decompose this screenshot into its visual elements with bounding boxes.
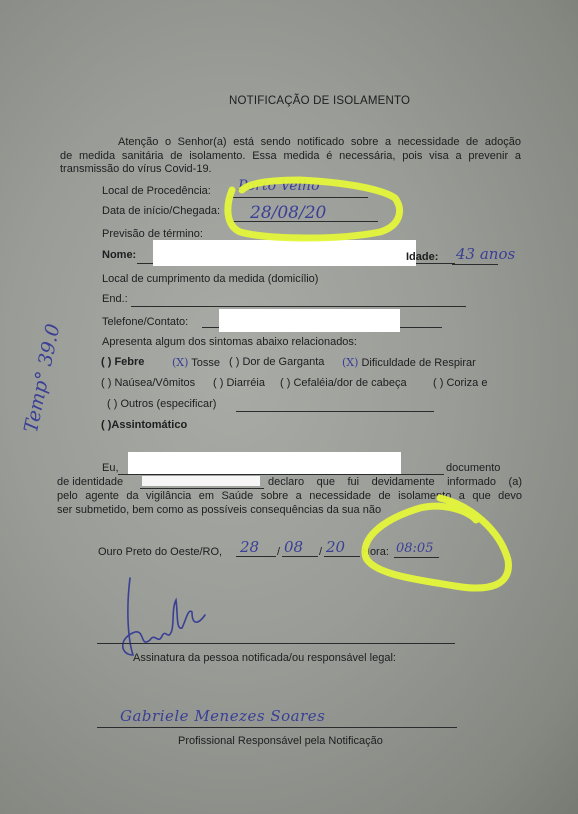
checkbox-coriza[interactable]: ( ) (433, 377, 443, 389)
row2-suffix: e (481, 377, 487, 389)
margin-temperature-note: Temp° 39.0 (20, 322, 64, 435)
label-diarreia: Diarréia (226, 377, 265, 389)
symptom-diarreia[interactable]: ( ) Diarréia (213, 377, 265, 390)
label-nausea: Naúsea/Vômitos (114, 377, 195, 389)
checkbox-febre[interactable]: ( ) (101, 356, 111, 368)
declaration-documento: documento (446, 462, 500, 475)
symptom-dificuldade-respirar[interactable]: (X) Dificuldade de Respirar (342, 356, 476, 370)
notified-signature-label: Assinatura da pessoa notificada/ou respo… (133, 652, 396, 665)
intro-line-2: de medida sanitária de isolamento. Essa … (60, 150, 521, 163)
label-febre: Febre (114, 356, 144, 368)
declaration-line2-end: declaro que fui devidamente informado (a… (268, 476, 522, 489)
symptoms-prompt: Apresenta algum dos sintomas abaixo rela… (102, 336, 357, 349)
nome-label: Nome: (102, 249, 136, 262)
label-dor-garganta: Dor de Garganta (242, 356, 324, 368)
professional-label: Profissional Responsável pela Notificaçã… (178, 735, 383, 748)
label-assintomatico: Assintomático (111, 419, 187, 431)
symptom-tosse[interactable]: (X) Tosse (172, 356, 220, 370)
checkbox-dor-garganta[interactable]: ( ) (229, 356, 239, 368)
place-label: Ouro Preto do Oeste/RO, (98, 546, 222, 559)
data-inicio-value[interactable]: 28/08/20 (250, 203, 326, 223)
date-day[interactable]: 28 (240, 538, 259, 556)
date-month[interactable]: 08 (284, 538, 303, 556)
local-procedencia-label: Local de Procedência: (102, 185, 211, 198)
idade-label: Idade: (406, 251, 438, 264)
symptom-nausea[interactable]: ( ) Naúsea/Vômitos (101, 377, 195, 390)
checkbox-outros[interactable]: ( ) (107, 398, 117, 410)
nome-redaction (153, 240, 416, 266)
symptom-dor-garganta[interactable]: ( ) Dor de Garganta (229, 356, 324, 369)
symptom-cefaleia[interactable]: ( ) Cefaléia/dor de cabeça (280, 377, 407, 390)
declaration-line2-start: de identidade (57, 476, 123, 489)
declarant-name-redaction (128, 452, 401, 474)
checkbox-nausea[interactable]: ( ) (101, 377, 111, 389)
declaration-eu: Eu, (102, 462, 119, 475)
intro-line-1: Atenção o Senhor(a) está sendo notificad… (118, 136, 521, 149)
hora-value[interactable]: 08:05 (396, 541, 433, 556)
date-sep-1: / (277, 546, 280, 559)
label-coriza: Coriza (446, 377, 478, 389)
professional-signature: Gabriele Menezes Soares (120, 707, 325, 725)
idade-value[interactable]: 43 anos (456, 245, 515, 263)
local-procedencia-value[interactable]: Porto Velho (238, 178, 320, 194)
symptom-febre[interactable]: ( ) Febre (101, 356, 144, 369)
idade-label-text: Idade: (406, 251, 438, 263)
notified-signature-drawing (0, 0, 578, 814)
local-cumprimento-label: Local de cumprimento da medida (domicíli… (102, 273, 318, 286)
checkbox-cefaleia[interactable]: ( ) (280, 377, 290, 389)
telefone-label: Telefone/Contato: (102, 316, 188, 329)
label-dificuldade-respirar: Dificuldade de Respirar (361, 357, 475, 369)
symptom-assintomatico[interactable]: ( )Assintomático (101, 419, 187, 432)
declaration-line3: pelo agente da vigilância em Saúde sobre… (57, 490, 522, 503)
hora-label: Hora: (362, 546, 389, 559)
declaration-line4: ser submetido, bem como as possíveis con… (57, 504, 381, 517)
endereco-label: End.: (102, 293, 128, 306)
highlight-circle-time (365, 498, 509, 588)
telefone-redaction (219, 309, 400, 332)
date-year[interactable]: 20 (326, 538, 345, 556)
checkbox-assintomatico[interactable]: ( ) (101, 419, 111, 431)
label-tosse: Tosse (191, 357, 220, 369)
checkbox-dificuldade-respirar-checked[interactable]: (X) (342, 356, 358, 369)
checkbox-diarreia[interactable]: ( ) (213, 377, 223, 389)
highlighter-annotations (0, 0, 578, 814)
date-sep-2: / (319, 546, 322, 559)
checkbox-tosse-checked[interactable]: (X) (172, 356, 188, 369)
label-cefaleia: Cefaléia/dor de cabeça (293, 377, 406, 389)
symptom-coriza[interactable]: ( ) Coriza e (433, 377, 487, 390)
symptom-outros[interactable]: ( ) Outros (especificar) (107, 398, 216, 411)
label-outros: Outros (especificar) (120, 398, 216, 410)
document-title: NOTIFICAÇÃO DE ISOLAMENTO (229, 95, 410, 108)
data-inicio-label: Data de início/Chegada: (102, 205, 220, 218)
id-redaction (142, 476, 260, 486)
intro-line-3: transmissão do vírus Covid-19. (60, 163, 212, 176)
